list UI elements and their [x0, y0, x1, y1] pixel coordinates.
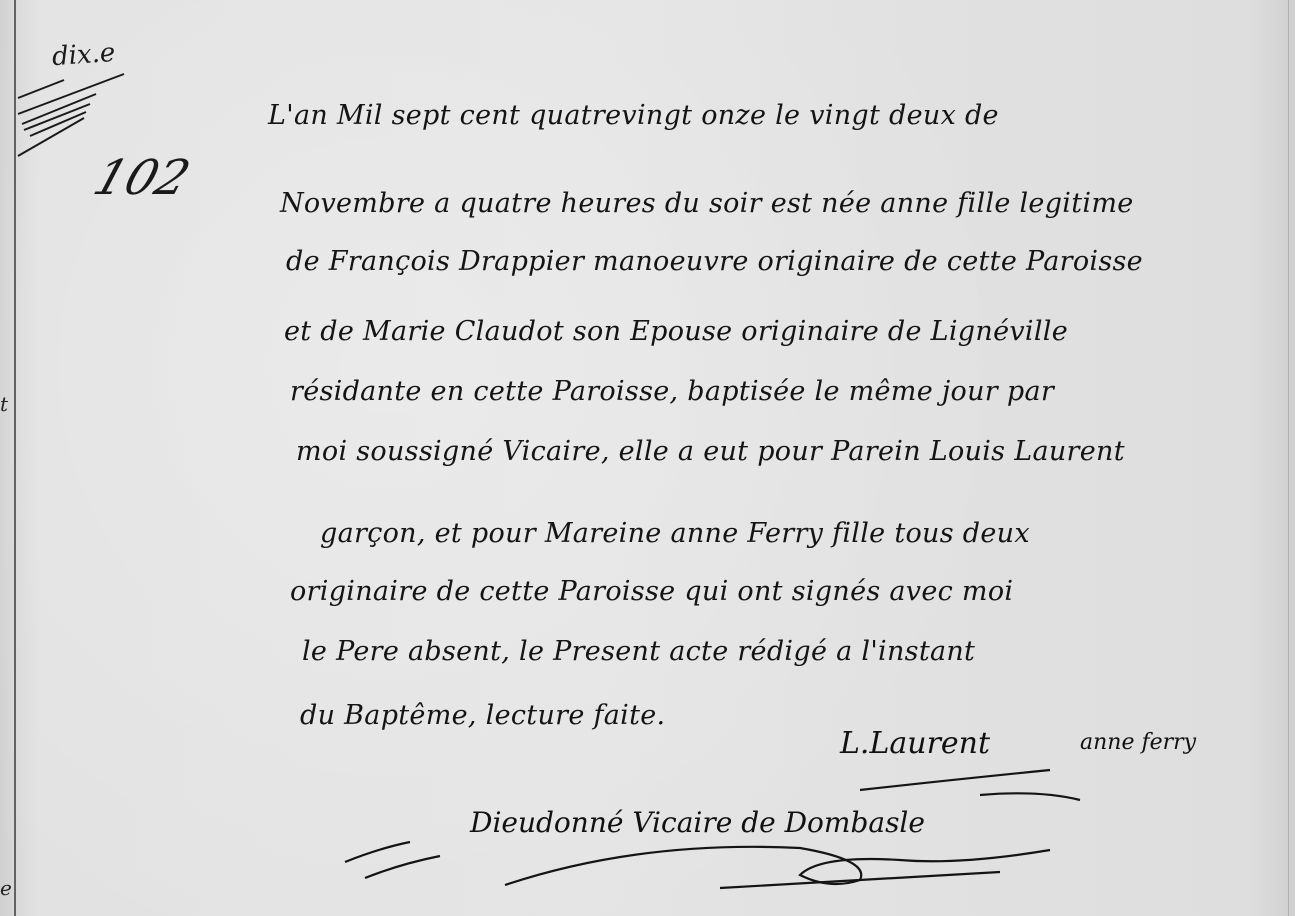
signature-flourishes	[0, 0, 1295, 916]
register-page: t e dix.e 102 L'an Mil sept cent quatrev…	[0, 0, 1295, 916]
